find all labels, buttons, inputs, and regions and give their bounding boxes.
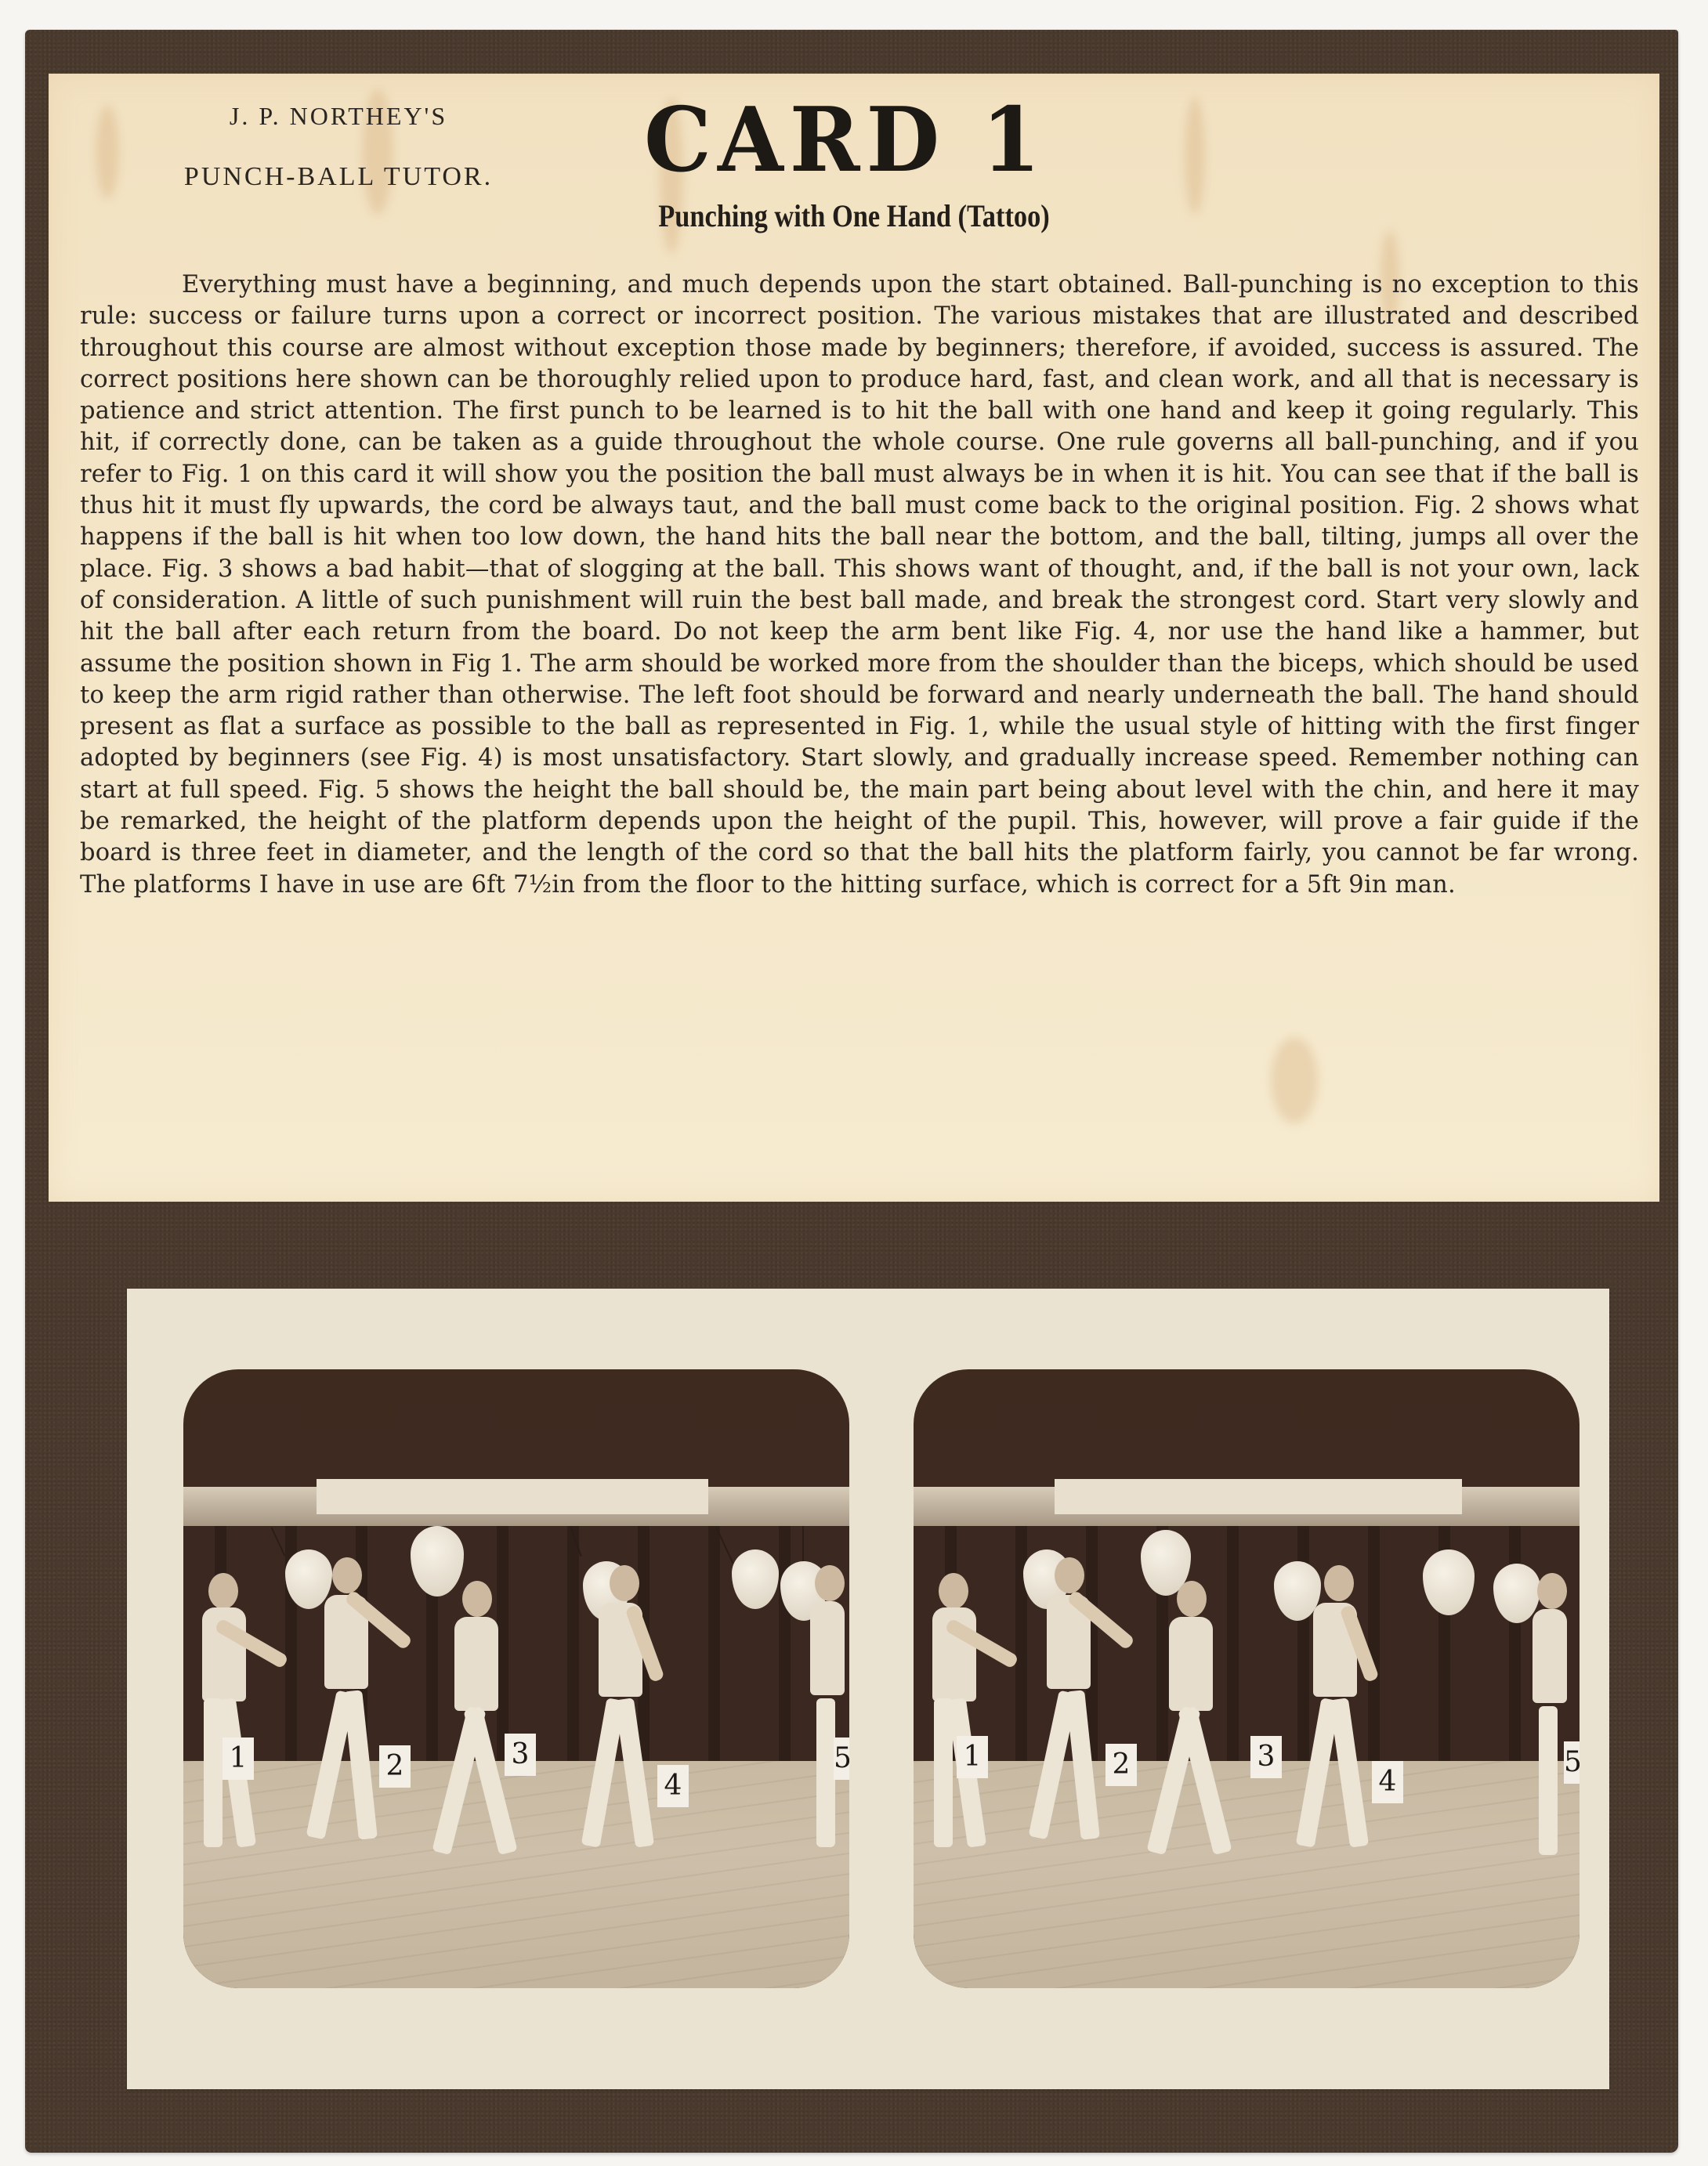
figure-label-5: 5: [834, 1738, 849, 1780]
stain: [96, 105, 119, 199]
wooden-floor: [183, 1761, 849, 1988]
stereograph-mount: 1 2 3 4 5: [127, 1289, 1609, 2089]
figure-label-3: 3: [505, 1734, 536, 1776]
instruction-body: Everything must have a beginning, and mu…: [80, 269, 1639, 901]
figure-label-2: 2: [379, 1745, 411, 1788]
platform-board: [317, 1479, 708, 1514]
platform-board: [1055, 1479, 1462, 1514]
card-subtitle: Punching with One Hand (Tattoo): [161, 197, 1547, 234]
figure-label-4: 4: [1372, 1761, 1403, 1803]
curtain-backdrop: [914, 1526, 1580, 1761]
figure-label-1: 1: [223, 1738, 254, 1780]
publisher-brand: J. P. NORTHEY'S PUNCH-BALL TUTOR.: [127, 96, 550, 197]
figure-label-4: 4: [657, 1765, 689, 1807]
brand-product: PUNCH-BALL TUTOR.: [127, 157, 550, 197]
stereo-photo-left: 1 2 3 4 5: [183, 1369, 849, 1988]
text-card: J. P. NORTHEY'S PUNCH-BALL TUTOR. CARD 1…: [49, 74, 1659, 1202]
figure-label-5: 5: [1564, 1741, 1580, 1784]
card-title: CARD 1: [644, 89, 1047, 192]
brand-name: J. P. NORTHEY'S: [127, 96, 550, 136]
stereo-photo-right: 1 2 3 4 5: [914, 1369, 1580, 1988]
stain: [1271, 1037, 1318, 1123]
figure-label-2: 2: [1105, 1744, 1137, 1786]
figure-label-1: 1: [957, 1736, 988, 1778]
wooden-floor: [914, 1761, 1580, 1988]
figure-label-3: 3: [1250, 1736, 1282, 1778]
